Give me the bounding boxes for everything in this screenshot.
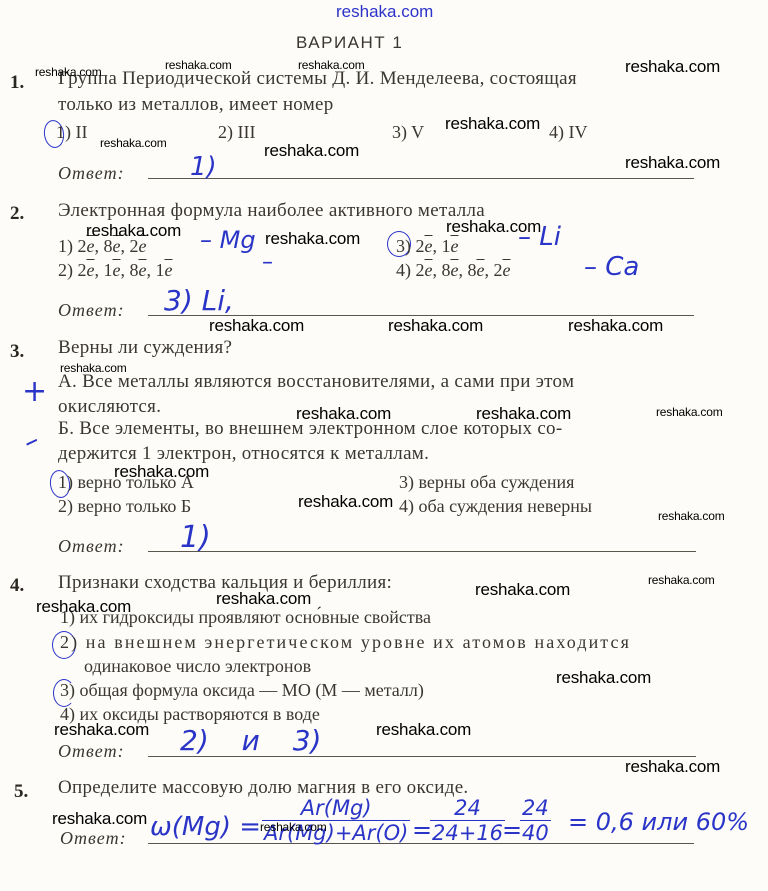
task-text: Верны ли суждения? — [58, 337, 232, 359]
task-number: 1. — [10, 72, 24, 94]
option-2[interactable]: 2) 2e, 1e, 8e, 1e — [58, 260, 173, 281]
answer-label: Ответ: — [58, 536, 125, 557]
handwritten-answer: 3) Li, — [164, 284, 234, 317]
watermark: reshaka.com — [265, 229, 360, 249]
watermark: reshaka.com — [60, 361, 127, 375]
option-number: 1) — [58, 236, 73, 256]
task-number: 4. — [10, 575, 24, 597]
task-number: 3. — [10, 341, 24, 363]
watermark: reshaka.com — [216, 589, 311, 609]
electron-formula: 2e, 1e, 8e, 1e — [78, 260, 173, 280]
handwritten-note: – — [262, 250, 273, 275]
task-text: Электронная формула наиболее активного м… — [58, 200, 485, 222]
option-3[interactable]: 3) 2e, 1e — [396, 236, 459, 257]
task-number: 5. — [14, 781, 28, 803]
option-4[interactable]: 4) 2e, 8e, 8e, 2e — [396, 260, 511, 281]
watermark: reshaka.com — [114, 462, 209, 482]
formula-result: = 0,6 или 60% — [568, 808, 749, 836]
fraction-numerator: Ar(Mg) — [262, 796, 410, 821]
answer-line — [148, 551, 696, 552]
option-3[interactable]: 3) верны оба суждения — [399, 472, 574, 493]
watermark: reshaka.com — [264, 141, 359, 161]
watermark: reshaka.com — [556, 668, 651, 688]
option-4[interactable]: 4) оба суждения неверны — [399, 496, 592, 517]
answer-label: Ответ: — [60, 828, 127, 849]
watermark: reshaka.com — [86, 221, 181, 241]
plus-mark: + — [22, 374, 47, 409]
fraction-numerator: 24 — [520, 796, 551, 821]
minus-mark: – — [18, 423, 45, 459]
handwritten-answer: 1) — [180, 520, 211, 555]
watermark: reshaka.com — [445, 114, 540, 134]
watermark: reshaka.com — [35, 65, 102, 79]
watermark: reshaka.com — [54, 720, 149, 740]
watermark-top: reshaka.com — [336, 2, 433, 22]
option-2[interactable]: 2) верно только Б — [58, 496, 191, 517]
watermark: reshaka.com — [298, 58, 365, 72]
answer-label: Ответ: — [58, 300, 125, 321]
watermark: reshaka.com — [625, 57, 720, 77]
watermark: reshaka.com — [446, 217, 541, 237]
watermark: reshaka.com — [260, 820, 327, 834]
electron-formula: 2e, 1e — [416, 236, 459, 256]
option-3[interactable]: 3) общая формула оксида — МО (М — металл… — [60, 680, 424, 701]
option-number: 4) — [396, 260, 411, 280]
electron-formula: 2e, 8e, 8e, 2e — [416, 260, 511, 280]
option-1[interactable]: 1) II — [56, 122, 87, 143]
watermark: reshaka.com — [648, 573, 715, 587]
task-text: только из металлов, имеет номер — [58, 94, 334, 116]
watermark: reshaka.com — [625, 757, 720, 777]
fraction-2: 24 24+16 — [430, 796, 505, 845]
watermark: reshaka.com — [36, 597, 131, 617]
statement-a: А. Все металлы являются восстановителями… — [58, 371, 574, 393]
fraction-denominator: 40 — [520, 821, 551, 845]
task-number: 2. — [10, 203, 24, 225]
option-number: 2) — [58, 260, 73, 280]
variant-title: ВАРИАНТ 1 — [296, 33, 403, 53]
formula-lhs: ω(Mg) = — [150, 812, 261, 842]
option-number: 3) — [396, 236, 411, 256]
handwritten-note: – Mg — [200, 226, 256, 254]
fraction-numerator: 24 — [430, 796, 505, 821]
watermark: reshaka.com — [656, 405, 723, 419]
watermark: reshaka.com — [476, 404, 571, 424]
watermark: reshaka.com — [209, 316, 304, 336]
watermark: reshaka.com — [388, 316, 483, 336]
option-3[interactable]: 3) V — [392, 122, 424, 143]
answer-line — [148, 178, 694, 179]
option-2[interactable]: 2) III — [218, 122, 255, 143]
watermark: reshaka.com — [165, 58, 232, 72]
watermark: reshaka.com — [298, 492, 393, 512]
option-2[interactable]: 2) на внешнем энергетическом уровне их а… — [60, 632, 631, 653]
handwritten-answer: 1) — [190, 152, 217, 182]
watermark: reshaka.com — [52, 809, 147, 829]
watermark: reshaka.com — [568, 316, 663, 336]
fraction-denominator: 24+16 — [430, 821, 505, 845]
answer-label: Ответ: — [58, 163, 125, 184]
handwritten-answer: 2) и 3) — [180, 724, 321, 757]
option-2-cont: одинаковое число электронов — [84, 656, 311, 677]
statement-a: окисляются. — [58, 396, 161, 418]
watermark: reshaka.com — [100, 136, 167, 150]
fraction-3: 24 40 — [520, 796, 551, 845]
answer-label: Ответ: — [58, 741, 125, 762]
watermark: reshaka.com — [475, 580, 570, 600]
watermark: reshaka.com — [376, 720, 471, 740]
option-4[interactable]: 4) IV — [549, 122, 588, 143]
watermark: reshaka.com — [296, 404, 391, 424]
watermark: reshaka.com — [625, 153, 720, 173]
handwritten-note: – Ca — [584, 252, 639, 282]
watermark: reshaka.com — [658, 509, 725, 523]
